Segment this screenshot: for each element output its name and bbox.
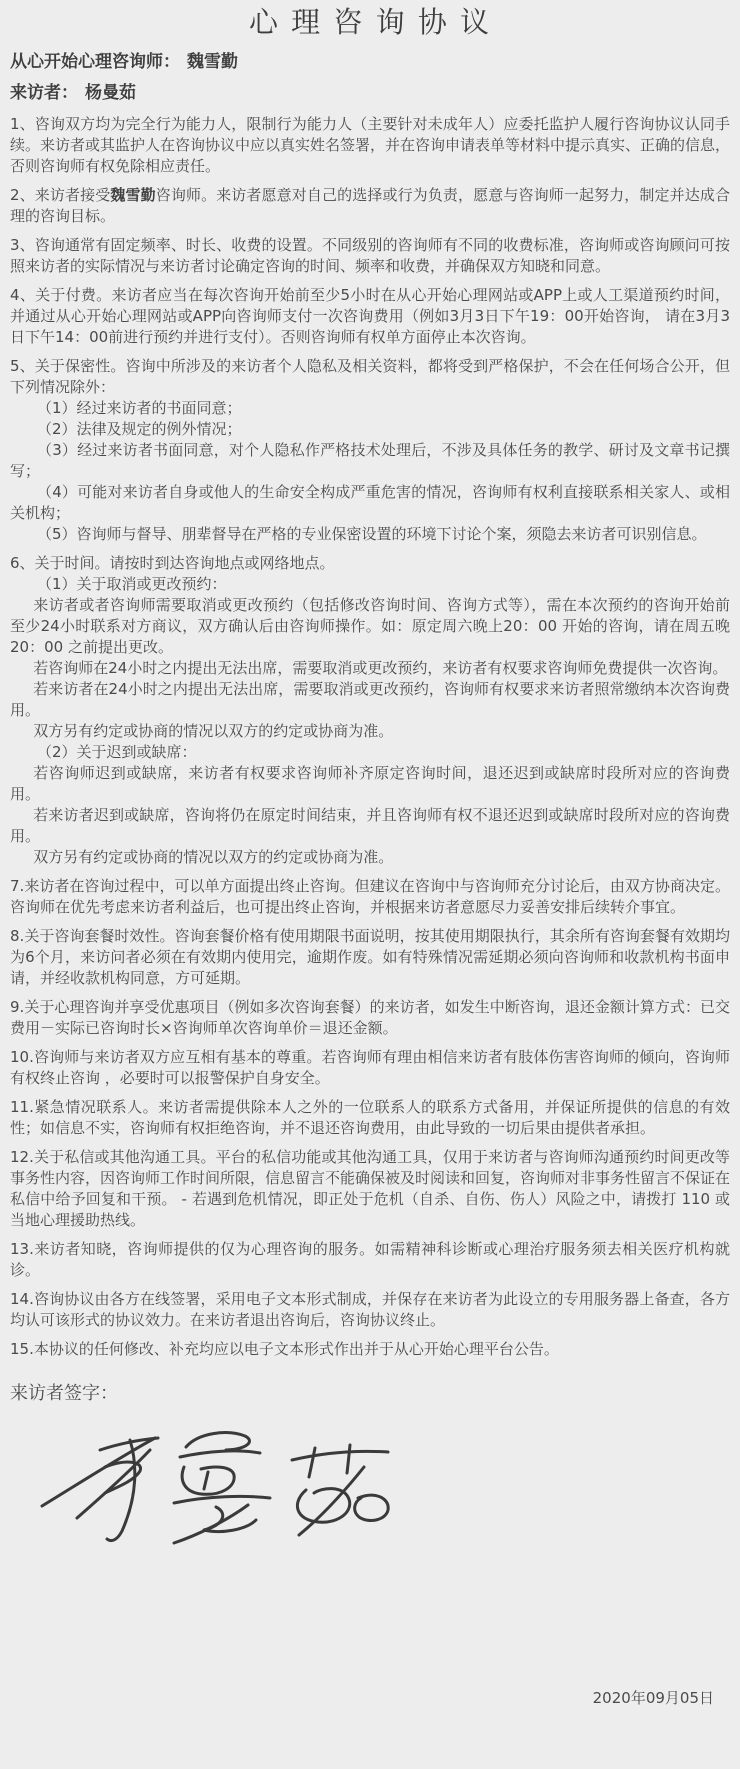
clause-10: 10.咨询师与来访者双方应互相有基本的尊重。若咨询师有理由相信来访者有肢体伤害咨… [10,1047,730,1089]
clause-6-text-1: 来访者或者咨询师需要取消或更改预约（包括修改咨询时间、咨询方式等），需在本次预约… [10,595,730,658]
clause-8: 8.关于咨询套餐时效性。咨询套餐价格有使用期限书面说明，按其使用期限执行，其余所… [10,926,730,989]
clause-15: 15.本协议的任何修改、补充均应以电子文本形式作出并于从心开始心理平台公告。 [10,1339,730,1360]
clause-5-group: 5、关于保密性。咨询中所涉及的来访者个人隐私及相关资料，都将受到严格保护，不会在… [10,356,730,545]
signature-area [10,1412,730,1612]
client-line: 来访者：杨曼茹 [10,83,730,104]
clause-5-item-4: （4）可能对来访者自身或他人的生命安全构成严重危害的情况，咨询师有权利直接联系相… [10,482,730,524]
clause-6-sub-1: （1）关于取消或更改预约： [10,574,730,595]
clause-2-counselor-name: 魏雪勤 [110,186,155,204]
clause-5-item-2: （2）法律及规定的例外情况； [10,419,730,440]
clause-6-text-5: 若咨询师迟到或缺席，来访者有权要求咨询师补齐原定咨询时间，退还迟到或缺席时段所对… [10,763,730,805]
counselor-name: 魏雪勤 [187,52,238,72]
clause-14: 14.咨询协议由各方在线签署，采用电子文本形式制成，并保存在来访者为此设立的专用… [10,1289,730,1331]
counselor-label: 从心开始心理咨询师： [10,52,180,72]
clause-11: 11.紧急情况联系人。来访者需提供除本人之外的一位联系人的联系方式备用，并保证所… [10,1097,730,1139]
clause-6-sub-2: （2）关于迟到或缺席： [10,742,730,763]
counselor-line: 从心开始心理咨询师：魏雪勤 [10,52,730,73]
clause-4: 4、关于付费。来访者应当在每次咨询开始前至少5小时在从心开始心理网站或APP上或… [10,285,730,348]
clause-6-text-3: 若来访者在24小时之内提出无法出席，需要取消或更改预约，咨询师有权要求来访者照常… [10,679,730,721]
client-label: 来访者： [10,83,78,103]
clause-7: 7.来访者在咨询过程中，可以单方面提出终止咨询。但建议在咨询中与咨询师充分讨论后… [10,876,730,918]
clause-12: 12.关于私信或其他沟通工具。平台的私信功能或其他沟通工具，仅用于来访者与咨询师… [10,1147,730,1231]
clause-6-text-7: 双方另有约定或协商的情况以双方的约定或协商为准。 [10,847,730,868]
clause-6-intro: 6、关于时间。请按时到达咨询地点或网络地点。 [10,553,730,574]
clause-3: 3、咨询通常有固定频率、时长、收费的设置。不同级别的咨询师有不同的收费标准，咨询… [10,235,730,277]
clause-6-text-2: 若咨询师在24小时之内提出无法出席，需要取消或更改预约，来访者有权要求咨询师免费… [10,658,730,679]
clause-2-prefix: 2、来访者接受 [10,186,110,204]
clause-1: 1、咨询双方均为完全行为能力人，限制行为能力人（主要针对未成年人）应委托监护人履… [10,114,730,177]
clause-6-group: 6、关于时间。请按时到达咨询地点或网络地点。 （1）关于取消或更改预约： 来访者… [10,553,730,868]
agreement-document: 心 理 咨 询 协 议 从心开始心理咨询师：魏雪勤 来访者：杨曼茹 1、咨询双方… [0,0,740,1769]
clause-5-item-1: （1）经过来访者的书面同意； [10,398,730,419]
clause-6-text-4: 双方另有约定或协商的情况以双方的约定或协商为准。 [10,721,730,742]
clause-13: 13.来访者知晓，咨询师提供的仅为心理咨询的服务。如需精神科诊断或心理治疗服务须… [10,1239,730,1281]
client-signature-scrawl [40,1424,410,1559]
client-name: 杨曼茹 [85,83,136,103]
clause-2: 2、来访者接受魏雪勤咨询师。来访者愿意对自己的选择或行为负责，愿意与咨询师一起努… [10,185,730,227]
clause-5-intro: 5、关于保密性。咨询中所涉及的来访者个人隐私及相关资料，都将受到严格保护，不会在… [10,356,730,398]
signature-date: 2020年09月05日 [593,1688,714,1709]
clause-5-item-5: （5）咨询师与督导、朋辈督导在严格的专业保密设置的环境下讨论个案，须隐去来访者可… [10,524,730,545]
page-title: 心 理 咨 询 协 议 [10,4,730,40]
clause-9: 9.关于心理咨询并享受优惠项目（例如多次咨询套餐）的来访者，如发生中断咨询，退还… [10,997,730,1039]
clause-6-text-6: 若来访者迟到或缺席，咨询将仍在原定时间结束，并且咨询师有权不退还迟到或缺席时段所… [10,805,730,847]
signature-label: 来访者签字： [10,1382,730,1406]
clause-5-item-3: （3）经过来访者书面同意，对个人隐私作严格技术处理后，不涉及具体任务的教学、研讨… [10,440,730,482]
